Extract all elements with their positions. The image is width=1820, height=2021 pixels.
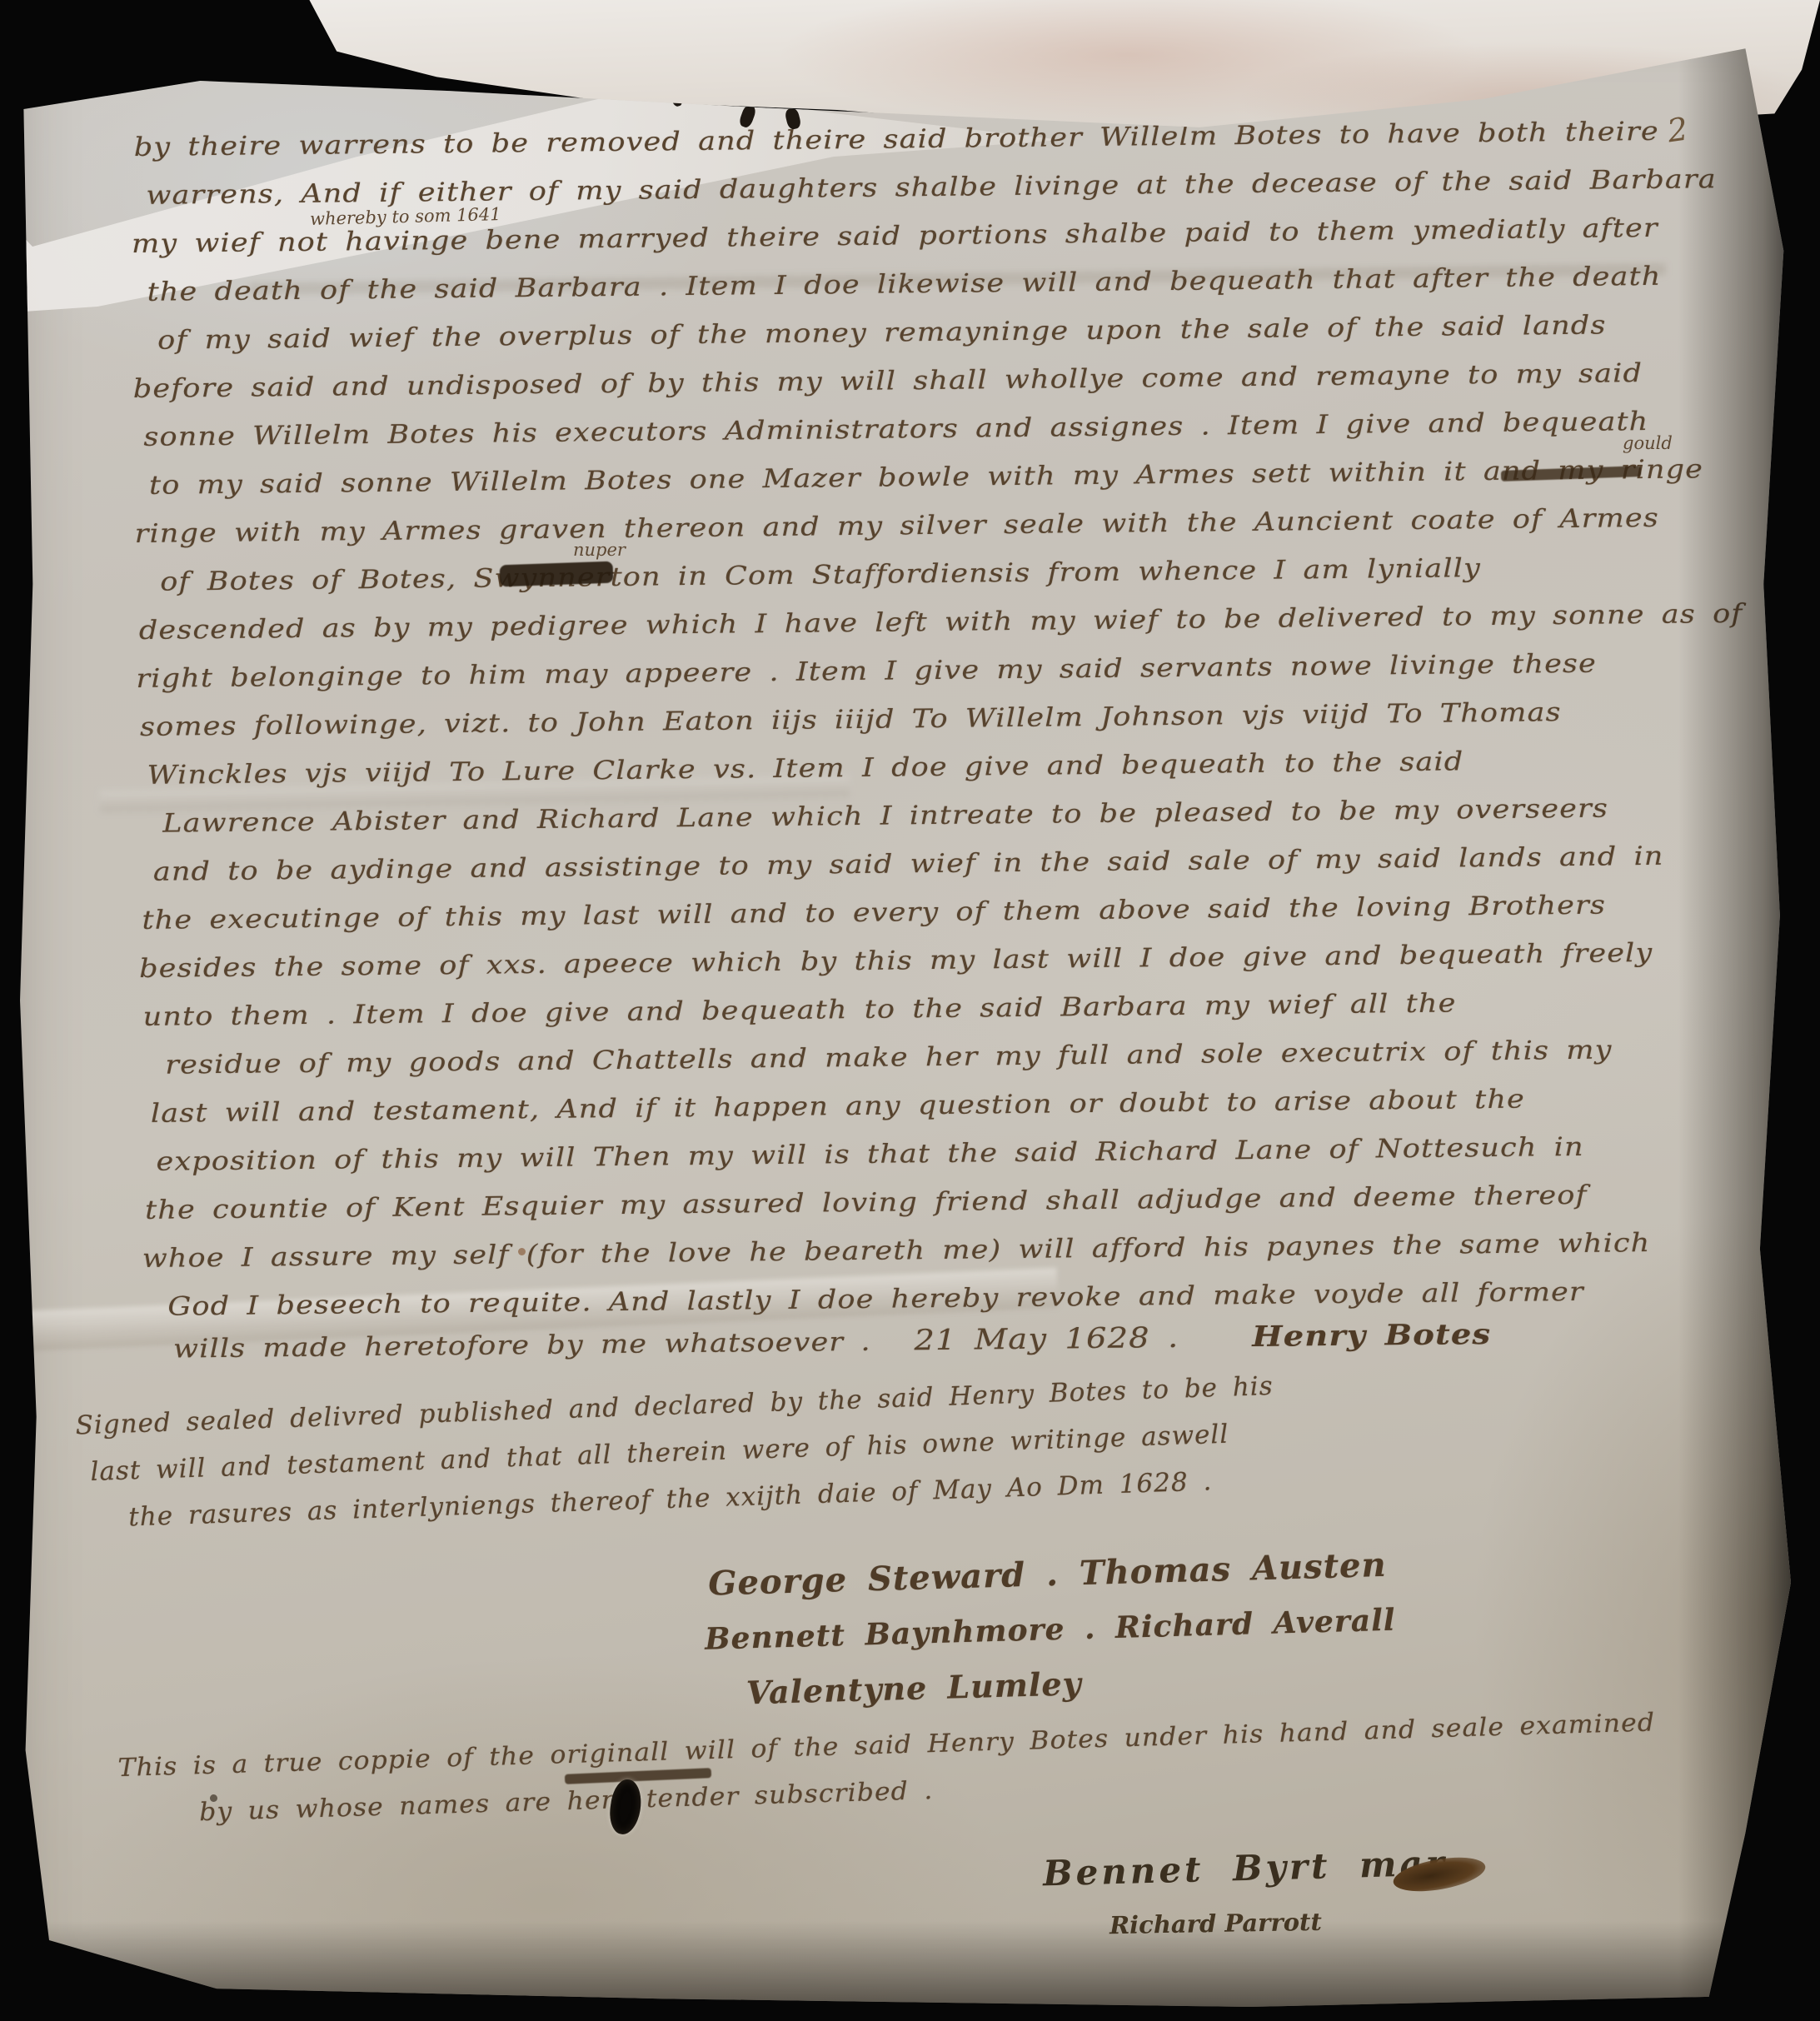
attestation-clause: Signed sealed delivred published and dec… [75,1350,1662,1543]
probate-signature-bennet-byrt: Bennet Byrt mar [1042,1843,1448,1894]
will-date: 21 May 1628 . [914,1321,1179,1357]
ink-blot [500,561,614,587]
interlineation-note: gould [1623,433,1673,453]
testator-signature: Henry Botes [1252,1318,1491,1354]
edge-shadow [1678,0,1820,2021]
manuscript-leaf: 2 by theire warrens to be removed and th… [0,0,1820,2021]
closing-text: wills made heretofore by me whatsoever . [173,1327,871,1365]
edge-shadow [0,1921,1820,2021]
manuscript-photo: 2 by theire warrens to be removed and th… [0,0,1820,2021]
stain-speck [210,1794,217,1802]
copy-certification: This is a true coppie of the originall w… [117,1697,1752,1839]
witness-signatures: George Steward . Thomas AustenBennett Ba… [707,1535,1461,1721]
will-body-text: by theire warrens to be removed and thei… [133,107,1728,1331]
interlineation-note: nuper [573,540,626,560]
stain-speck [518,1248,526,1255]
